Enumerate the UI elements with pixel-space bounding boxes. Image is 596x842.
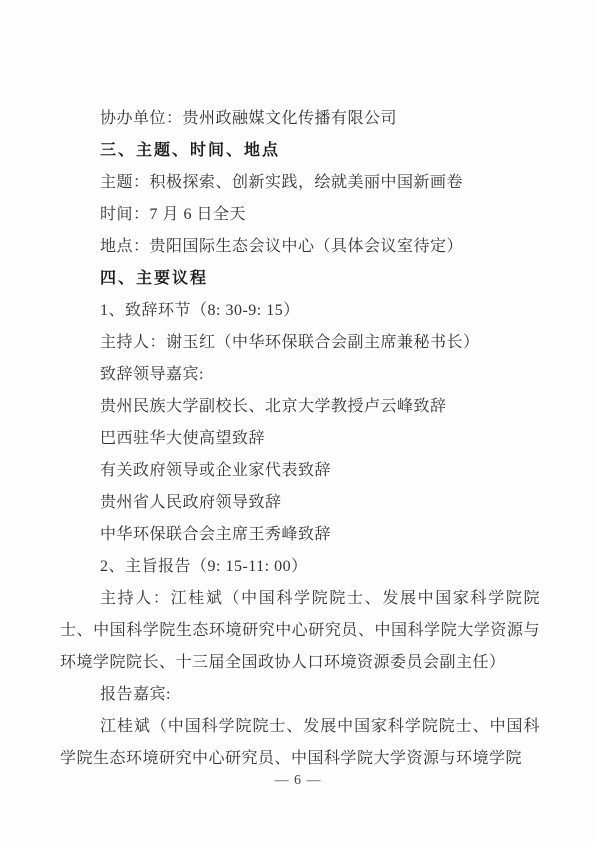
speech-guest-line-4: 贵州省人民政府领导致辞 — [60, 487, 540, 519]
theme-line: 主题：积极探索、创新实践，绘就美丽中国新画卷 — [60, 167, 540, 199]
section-heading-agenda: 四、主要议程 — [60, 263, 540, 295]
speech-guest-line-2: 巴西驻华大使高望致辞 — [60, 423, 540, 455]
agenda-item-2-title: 2、主旨报告（9: 15-11: 00） — [60, 551, 540, 583]
agenda-item-1-title: 1、致辞环节（8: 30-9: 15） — [60, 295, 540, 327]
speech-guest-line-1: 贵州民族大学副校长、北京大学教授卢云峰致辞 — [60, 391, 540, 423]
report-guest-line: 江桂斌（中国科学院院士、发展中国家科学院院士、中国科学院生态环境研究中心研究员、… — [60, 711, 540, 775]
section-heading-theme-time-place: 三、主题、时间、地点 — [60, 135, 540, 167]
report-guests-label: 报告嘉宾: — [60, 679, 540, 711]
place-line: 地点：贵阳国际生态会议中心（具体会议室待定） — [60, 231, 540, 263]
speech-guest-line-5: 中华环保联合会主席王秀峰致辞 — [60, 519, 540, 551]
host-line-keynote-session: 主持人：江桂斌（中国科学院院士、发展中国家科学院院士、中国科学院生态环境研究中心… — [60, 583, 540, 679]
page-number: — 6 — — [0, 772, 596, 790]
speech-guests-label: 致辞领导嘉宾: — [60, 359, 540, 391]
time-line: 时间：7 月 6 日全天 — [60, 199, 540, 231]
host-line-speech-session: 主持人：谢玉红（中华环保联合会副主席兼秘书长） — [60, 327, 540, 359]
co-organizer-line: 协办单位：贵州政融媒文化传播有限公司 — [60, 103, 540, 135]
speech-guest-line-3: 有关政府领导或企业家代表致辞 — [60, 455, 540, 487]
document-body: 协办单位：贵州政融媒文化传播有限公司 三、主题、时间、地点 主题：积极探索、创新… — [60, 103, 540, 775]
document-page: 协办单位：贵州政融媒文化传播有限公司 三、主题、时间、地点 主题：积极探索、创新… — [0, 0, 596, 842]
